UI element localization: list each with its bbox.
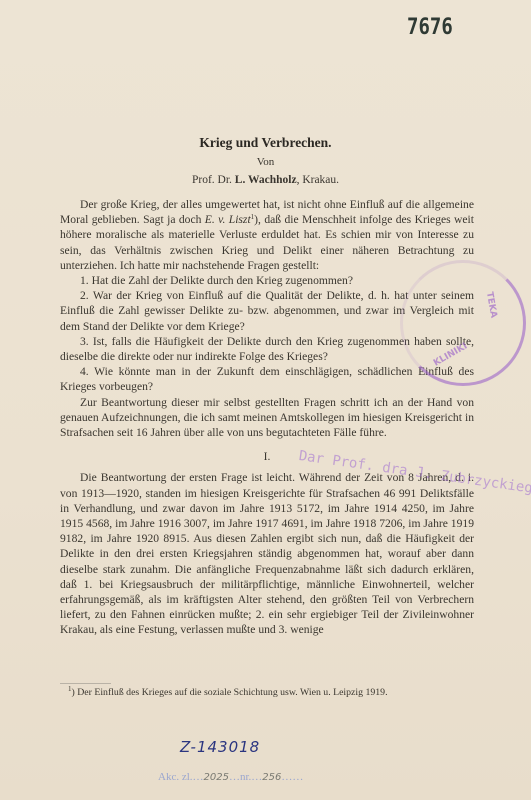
accession-line: Akc. zl.…2025…nr.…256…… (158, 771, 303, 783)
footnote-divider (60, 683, 111, 684)
scanned-page: 7676 Krieg und Verbrechen. Von Prof. Dr.… (0, 0, 531, 800)
question-4: 4. Wie könnte man in der Zukunft dem ein… (60, 364, 474, 394)
number-label: nr. (240, 771, 251, 783)
footnote-text: ) Der Einfluß des Krieges auf die sozial… (72, 687, 388, 698)
byline-author: Prof. Dr. L. Wachholz, Krakau. (0, 174, 531, 186)
article-body: Der große Krieg, der alles umgewertet ha… (60, 197, 474, 638)
method-paragraph: Zur Beantwortung dieser mir selbst geste… (60, 395, 474, 441)
section-heading: I. (60, 449, 474, 464)
citation-liszt: E. v. Liszt (205, 213, 251, 226)
footnote: 1) Der Einfluß des Krieges auf die sozia… (68, 687, 478, 698)
author-suffix: , Krakau. (297, 174, 339, 186)
accession-value: 2025 (204, 772, 229, 783)
author-prefix: Prof. Dr. (192, 174, 235, 186)
byline-von: Von (0, 156, 531, 168)
library-stamp (400, 260, 526, 386)
intro-paragraph: Der große Krieg, der alles umgewertet ha… (60, 197, 474, 273)
section-1-paragraph: Die Beantwortung der ersten Frage ist le… (60, 470, 474, 637)
catalog-number: 7676 (407, 14, 453, 39)
accession-label: Akc. zl. (158, 771, 193, 783)
author-name: L. Wachholz (235, 174, 297, 186)
article-title: Krieg und Verbrechen. (0, 135, 531, 151)
number-value: 256 (262, 772, 281, 783)
inventory-number: Z-143018 (180, 738, 260, 756)
